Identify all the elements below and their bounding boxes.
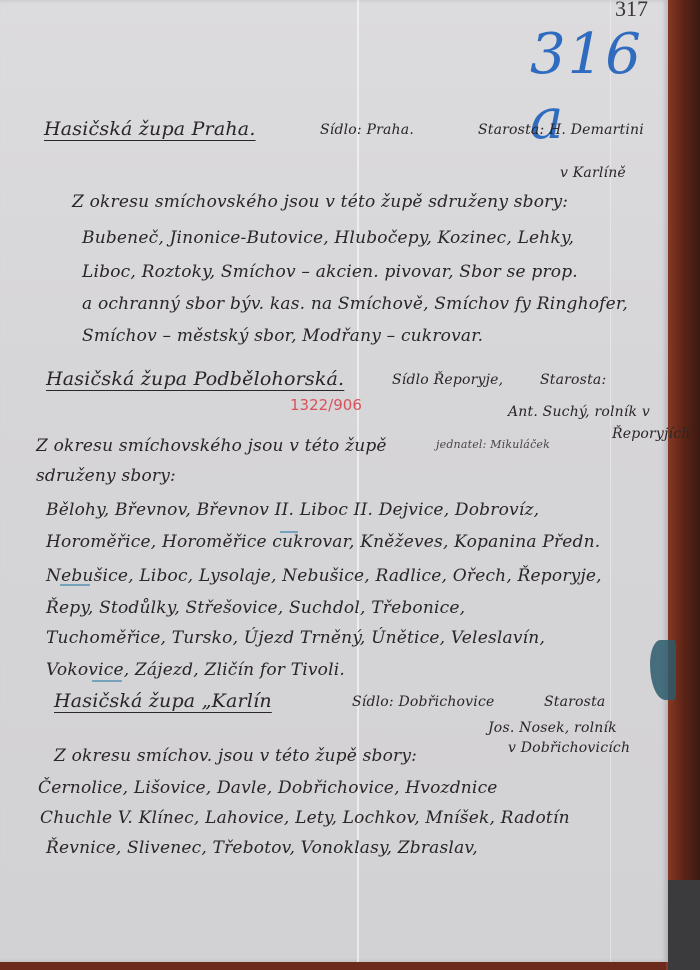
blue-pencil-mark	[92, 680, 122, 682]
section-3-line: Chuchle V. Klínec, Lahovice, Lety, Lochk…	[40, 808, 570, 828]
section-2-line: Vokovice, Zájezd, Zličín for Tivoli.	[46, 660, 345, 680]
section-3-heading: Hasičská župa „Karlín	[54, 690, 272, 712]
blue-pencil-mark	[60, 584, 90, 586]
red-pencil-reference: 1322/906	[290, 396, 362, 414]
section-1-line: Smíchov – městský sbor, Modřany – cukrov…	[82, 326, 483, 346]
section-3-line: Řevnice, Slivenec, Třebotov, Vonoklasy, …	[46, 838, 478, 858]
section-2-chairman-name: Ant. Suchý, rolník v	[508, 404, 650, 420]
section-2-line: Bělohy, Břevnov, Břevnov II. Liboc II. D…	[46, 500, 539, 520]
blue-pencil-mark	[280, 531, 298, 533]
section-2-line: Horoměřice, Horoměřice cukrovar, Kněževe…	[46, 532, 600, 552]
section-2-seat: Sídlo Řeporyje,	[392, 372, 503, 388]
section-2-intro-cont: sdruženy sbory:	[36, 466, 176, 486]
folio-number: 317	[615, 0, 648, 22]
section-1-chairman: Starosta: H. Demartini	[478, 122, 644, 138]
background-cloth	[668, 880, 700, 970]
section-1-heading: Hasičská župa Praha.	[44, 118, 256, 140]
section-3-intro: Z okresu smíchov. jsou v této župě sbory…	[54, 746, 417, 766]
section-1-intro: Z okresu smíchovského jsou v této župě s…	[72, 192, 568, 212]
section-2-secretary-note: jednatel: Mikuláček	[436, 438, 550, 451]
section-3-chairman: Starosta	[544, 694, 605, 710]
section-1-line: a ochranný sbor býv. kas. na Smíchově, S…	[82, 294, 628, 314]
section-2-line: Tuchoměřice, Tursko, Újezd Trněný, Úněti…	[46, 628, 545, 648]
section-1-line: Bubeneč, Jinonice-Butovice, Hlubočepy, K…	[82, 228, 574, 248]
section-3-chairman-name: Jos. Nosek, rolník	[488, 720, 617, 736]
manuscript-page: 317 316 a Hasičská župa Praha. Sídlo: Pr…	[0, 0, 668, 962]
section-2-heading: Hasičská župa Podbělohorská.	[46, 368, 344, 390]
section-3-line: Černolice, Lišovice, Davle, Dobřichovice…	[38, 778, 498, 798]
section-2-chairman: Starosta:	[540, 372, 606, 388]
section-3-chairman-place: v Dobřichovicích	[508, 740, 630, 756]
section-1-chairman-place: v Karlíně	[560, 165, 626, 181]
section-1-seat: Sídlo: Praha.	[320, 122, 414, 138]
section-1-line: Liboc, Roztoky, Smíchov – akcien. pivova…	[82, 262, 578, 282]
ink-stain	[650, 640, 676, 700]
section-2-chairman-place: Řeporyjích	[612, 426, 691, 442]
section-2-line: Nebušice, Liboc, Lysolaje, Nebušice, Rad…	[46, 566, 602, 586]
section-2-intro: Z okresu smíchovského jsou v této župě	[36, 436, 387, 456]
book-binding	[666, 0, 700, 970]
section-2-line: Řepy, Stodůlky, Střešovice, Suchdol, Tře…	[46, 598, 465, 618]
section-3-seat: Sídlo: Dobřichovice	[352, 694, 495, 710]
